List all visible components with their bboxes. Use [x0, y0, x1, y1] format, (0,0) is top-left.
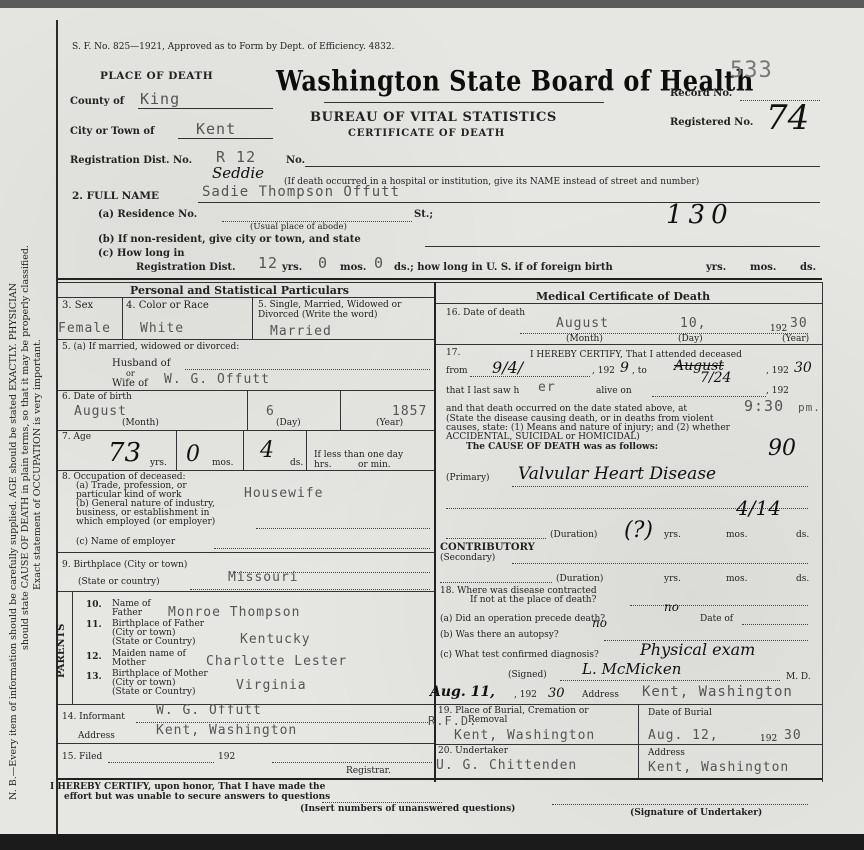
reg-dist-label: Registration Dist. No. [70, 155, 192, 166]
bottom-rule [58, 778, 822, 780]
instructions-3: ACCIDENTAL, SUICIDAL or HOMICIDAL) [446, 432, 640, 442]
signed-address-label: Address [582, 690, 619, 700]
dod-day: 10, [680, 316, 706, 331]
alive-on-label: alive on [596, 386, 632, 396]
row-rule-15 [58, 743, 434, 744]
to-year: 30 [794, 360, 812, 376]
or-label: or [126, 369, 135, 378]
section-divider [58, 278, 822, 280]
signed-value: L. McMicken [582, 660, 681, 678]
burial-year: 30 [784, 728, 802, 743]
husband-label: Husband of [112, 358, 170, 369]
operation-value: no [664, 600, 679, 614]
primary-note: 4/14 [736, 496, 781, 520]
race-divider [252, 297, 253, 339]
death-time: 9:30 [744, 397, 784, 415]
no-line [305, 166, 820, 167]
mother-bp-no: 13. [86, 672, 102, 682]
sex-label: 3. Sex [62, 300, 93, 311]
row-rule-5 [58, 339, 434, 340]
birthplace-state-line [190, 589, 430, 590]
margin-note-line3: Exact statement of OCCUPATION is very im… [32, 339, 43, 590]
duration-yrs: (?) [624, 518, 653, 543]
occ-c: (c) Name of employer [76, 537, 175, 547]
how-long-yrs-label: yrs. [282, 262, 302, 273]
how-long-yrs: 12 [258, 254, 278, 272]
father-birthplace-value: Kentucky [240, 632, 311, 647]
unanswered-line [322, 802, 442, 803]
dob-divider-1 [247, 390, 248, 430]
residence-number: 130 [666, 200, 734, 230]
dod-year-label: (Year) [782, 334, 809, 344]
duration-yrs-label: yrs. [664, 530, 681, 540]
row-rule-8 [58, 470, 434, 471]
signed-year: 30 [548, 686, 565, 701]
age-label: 7. Age [62, 432, 91, 442]
row-rule-7 [58, 430, 434, 431]
dob-year: 1857 [392, 404, 427, 419]
full-name-value: Sadie Thompson Offutt [202, 184, 400, 200]
signature-note: (Signature of Undertaker) [630, 808, 762, 818]
dod-day-label: (Day) [678, 334, 703, 344]
how-long-mos: 0 [318, 254, 328, 272]
burial-year-prefix: 192 [760, 734, 777, 744]
death-certificate: N. B.—Every item of information should b… [0, 0, 864, 850]
spouse-value: W. G. Offutt [164, 372, 270, 387]
from-label: from [446, 366, 468, 376]
secondary-duration-label: (Duration) [556, 574, 603, 584]
left-border-rule [56, 20, 58, 835]
autopsy-label: (b) Was there an autopsy? [440, 630, 559, 640]
county-line [138, 108, 273, 109]
father-label-2: Father [112, 608, 142, 618]
signed-address: Kent, Washington [642, 684, 793, 700]
dod-year: 30 [790, 316, 808, 331]
occ-b3: which employed (or employer) [76, 517, 215, 527]
duration-label: (Duration) [550, 530, 597, 540]
undertaker-value: U. G. Chittenden [436, 758, 577, 773]
md-label: M. D. [786, 672, 811, 682]
bureau-heading: BUREAU OF VITAL STATISTICS [310, 110, 557, 125]
row-rule-20 [436, 744, 822, 745]
death-time-suffix: pm. [798, 401, 821, 414]
informant-value: W. G. Offutt [156, 703, 262, 718]
certificate-heading: CERTIFICATE OF DEATH [348, 128, 505, 139]
occ-b-line [256, 528, 430, 529]
age-divider-1 [176, 430, 177, 470]
age-yrs-label: yrs. [150, 458, 167, 468]
husband-line [185, 369, 430, 370]
record-no-label: Record No. [670, 88, 732, 99]
right-border [822, 282, 823, 782]
occupation-value: Housewife [244, 486, 323, 501]
age-ds-label: ds. [290, 458, 303, 468]
secondary-duration-line [440, 582, 552, 583]
how-long-ds: 0 [374, 254, 384, 272]
employer-line [214, 548, 430, 549]
row-rule-17 [436, 344, 822, 345]
spouse-label: 5. (a) If married, widowed or divorced: [62, 342, 239, 352]
insert-note: (Insert numbers of unanswered questions) [300, 804, 515, 814]
where-label-2: If not at the place of death? [470, 595, 596, 605]
city-label: City or Town of [70, 126, 154, 137]
sex-value: Female [58, 321, 111, 336]
burial-label-2: Removal [468, 715, 507, 725]
burial-date: Aug. 12, [648, 728, 719, 743]
margin-note-line1: N. B.—Every item of information should b… [8, 283, 19, 800]
county-label: County of [70, 96, 124, 107]
secondary-yrs-label: yrs. [664, 574, 681, 584]
row-rule-6 [58, 390, 434, 391]
from-year: 9 [620, 360, 629, 376]
dob-day: 6 [266, 404, 275, 419]
scan-edge-bottom [0, 834, 864, 850]
father-bp-no: 11. [86, 620, 102, 630]
dob-year-label: (Year) [376, 418, 403, 428]
to-year-prefix: , 192 [766, 366, 789, 376]
column-divider [434, 282, 436, 782]
how-long-reg-label: Registration Dist. [136, 262, 236, 273]
registrar-label: Registrar. [346, 766, 391, 776]
age-divider-3 [306, 430, 307, 470]
primary-label: (Primary) [446, 473, 490, 483]
sex-divider [122, 297, 123, 339]
informant-address-label: Address [78, 731, 115, 741]
dob-month-label: (Month) [122, 418, 159, 428]
last-saw-pronoun: er [538, 380, 556, 395]
footer-certify-2: effort but was unable to secure answers … [64, 792, 330, 802]
birthplace-label: 9. Birthplace (City or town) [62, 560, 187, 570]
to-date: 7/24 [700, 370, 731, 386]
how-long-mos-label: mos. [340, 262, 366, 273]
form-number: S. F. No. 825—1921, Approved as to Form … [72, 42, 394, 52]
place-of-death-heading: PLACE OF DEATH [100, 70, 213, 82]
signature-line [552, 804, 808, 805]
mother-value: Charlotte Lester [206, 654, 347, 669]
mother-bp-3: (State or Country) [112, 687, 195, 697]
city-value: Kent [196, 120, 236, 138]
undertaker-label: 20. Undertaker [438, 746, 508, 756]
signed-line [560, 680, 780, 681]
record-number: 533 [730, 58, 773, 83]
from-date: 9/4/ [492, 358, 523, 377]
date-of-line [742, 624, 808, 625]
registered-no-label: Registered No. [670, 117, 753, 128]
foreign-mos-label: mos. [750, 262, 776, 273]
wife-label: Wife of [112, 378, 148, 389]
marital-value: Married [270, 324, 332, 339]
less-than-day-label: If less than one day [314, 450, 403, 460]
burial-place: Kent, Washington [454, 728, 595, 743]
burial-date-label: Date of Burial [648, 708, 712, 718]
contributory-label: CONTRIBUTORY [440, 542, 535, 553]
personal-heading-rule [58, 297, 434, 298]
from-year-prefix: , 192 [592, 366, 615, 376]
informant-address-value: Kent, Washington [156, 723, 297, 738]
footer-certify-1: I HEREBY CERTIFY, upon honor, That I hav… [50, 782, 325, 792]
residence-label: (a) Residence No. [98, 209, 197, 220]
dod-month: August [556, 316, 609, 331]
dob-day-label: (Day) [276, 418, 301, 428]
father-value: Monroe Thompson [168, 605, 300, 620]
dod-label: 16. Date of death [446, 308, 525, 318]
no-label: No. [286, 155, 305, 166]
to-label: , to [632, 366, 647, 376]
last-saw-label: that I last saw h [446, 386, 519, 396]
duration-mos-label: mos. [726, 530, 747, 540]
full-name-label: 2. FULL NAME [72, 190, 159, 202]
dod-line [520, 333, 808, 334]
mother-label-2: Mother [112, 658, 146, 668]
cause-label: The CAUSE OF DEATH was as follows: [466, 442, 658, 452]
operation-label: (a) Did an operation precede death? [440, 614, 605, 624]
title-rule [324, 102, 604, 103]
cause-code: 90 [768, 436, 796, 461]
birthplace-state-label: (State or country) [78, 577, 160, 587]
age-yrs: 73 [108, 438, 141, 468]
medical-heading: Medical Certificate of Death [536, 290, 710, 303]
scan-edge-top [0, 0, 864, 8]
how-long-ds-label: ds.; how long in U. S. if of foreign bir… [394, 262, 613, 273]
foreign-yrs-label: yrs. [706, 262, 726, 273]
hrs-label: hrs. [314, 460, 332, 470]
duration-line [446, 538, 546, 539]
undertaker-address-label: Address [648, 748, 685, 758]
autopsy-value: no [592, 616, 607, 630]
race-value: White [140, 321, 184, 336]
from-line [470, 376, 590, 377]
registered-number: 74 [766, 98, 809, 138]
signed-date: Aug. 11, [430, 684, 495, 700]
certify-no: 17. [446, 348, 460, 358]
marital-label: 5. Single, Married, Widowed or Divorced … [258, 300, 434, 320]
mother-no: 12. [86, 652, 102, 662]
informant-label: 14. Informant [62, 712, 125, 722]
test-label: (c) What test confirmed diagnosis? [440, 650, 599, 660]
row-rule-parents [58, 591, 434, 592]
father-bp-3: (State or Country) [112, 637, 195, 647]
min-label: or min. [358, 460, 391, 470]
parents-divider [72, 591, 73, 704]
how-long-label: (c) How long in [98, 248, 185, 259]
name-correction: Seddie [212, 164, 264, 182]
street-label: St.; [414, 209, 433, 220]
usual-place-note: (Usual place of abode) [250, 222, 347, 232]
date-of-label: Date of [700, 614, 733, 624]
race-label: 4. Color or Race [126, 300, 209, 311]
duration-ds-label: ds. [796, 530, 809, 540]
filed-year: 192 [218, 752, 235, 762]
dob-label: 6. Date of birth [62, 392, 132, 402]
primary-line [512, 486, 808, 487]
burial-divider [638, 704, 639, 778]
section-divider-2 [58, 282, 822, 283]
father-no: 10. [86, 600, 102, 610]
age-ds: 4 [260, 438, 274, 463]
secondary-label: (Secondary) [440, 553, 495, 563]
non-resident-line [425, 246, 820, 247]
death-at-label: and that death occurred on the date stat… [446, 404, 687, 414]
where-line [630, 605, 808, 606]
age-divider-2 [243, 430, 244, 470]
medical-heading-rule [436, 303, 822, 304]
dob-month: August [74, 404, 127, 419]
test-value: Physical exam [640, 640, 755, 659]
signed-year-prefix: , 192 [514, 690, 537, 700]
alive-year: , 192 [766, 386, 789, 396]
filed-label: 15. Filed [62, 752, 102, 762]
undertaker-address: Kent, Washington [648, 760, 789, 775]
primary-cause: Valvular Heart Disease [518, 464, 716, 484]
dob-divider-2 [340, 390, 341, 430]
city-line [178, 138, 273, 139]
filed-line [108, 762, 214, 763]
secondary-mos-label: mos. [726, 574, 747, 584]
signed-label: (Signed) [508, 670, 547, 680]
age-mos-label: mos. [212, 458, 233, 468]
foreign-ds-label: ds. [800, 262, 816, 273]
registrar-line [272, 762, 432, 763]
non-resident-label: (b) If non-resident, give city or town, … [98, 234, 361, 245]
secondary-ds-label: ds. [796, 574, 809, 584]
secondary-line [512, 563, 808, 564]
row-rule-9 [58, 552, 434, 553]
age-mos: 0 [186, 442, 200, 467]
personal-heading: Personal and Statistical Particulars [130, 284, 349, 297]
birthplace-value: Missouri [228, 570, 299, 585]
dod-month-label: (Month) [566, 334, 603, 344]
row-rule-19 [436, 704, 822, 705]
county-value: King [140, 90, 180, 108]
margin-note-line2: should state CAUSE OF DEATH in plain ter… [20, 245, 31, 650]
mother-birthplace-value: Virginia [236, 678, 307, 693]
parents-label: PARENTS [56, 624, 67, 678]
